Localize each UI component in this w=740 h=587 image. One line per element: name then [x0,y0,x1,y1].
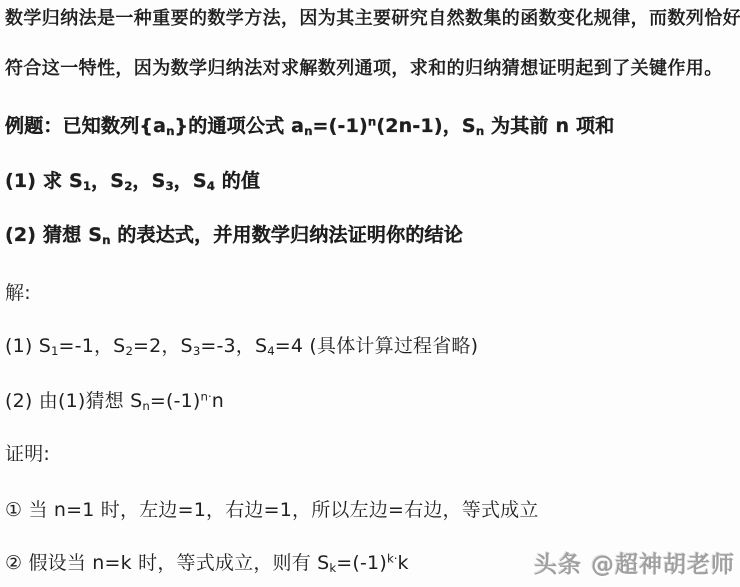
proof-label: 证明: [5,442,50,466]
intro-line-1: 数学归纳法是一种重要的数学方法，因为其主要研究自然数集的函数变化规律，而数列恰好 [5,7,740,31]
math-induction-document: 数学归纳法是一种重要的数学方法，因为其主要研究自然数集的函数变化规律，而数列恰好… [0,0,740,587]
question-1: (1) 求 S1，S2，S3，S4 的值 [5,169,260,193]
solution-step-2: (2) 由(1)猜想 Sn=(-1)n·n [5,389,224,413]
solution-step-1: (1) S1=-1，S2=2，S3=-3，S4=4 (具体计算过程省略) [5,334,478,358]
proof-step-1: ① 当 n=1 时，左边=1，右边=1，所以左边=右边，等式成立 [5,498,539,522]
example-problem: 例题：已知数列{an}的通项公式 an=(-1)n(2n-1)，Sn 为其前 n… [5,114,614,138]
intro-line-2: 符合这一特性，因为数学归纳法对求解数列通项，求和的归纳猜想证明起到了关键作用。 [5,57,723,81]
solution-label: 解: [5,281,31,305]
proof-step-2: ② 假设当 n=k 时，等式成立，则有 Sk=(-1)k·k [5,551,409,575]
question-2: (2) 猜想 Sn 的表达式，并用数学归纳法证明你的结论 [5,223,463,247]
watermark-byline: 头条 @超神胡老师 [534,546,735,579]
